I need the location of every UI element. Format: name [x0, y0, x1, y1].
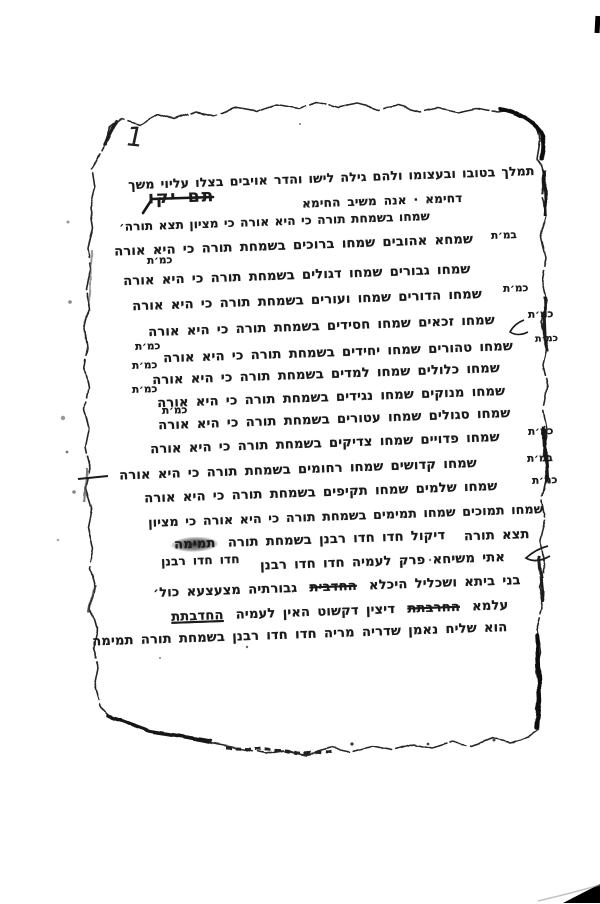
manuscript-line: שמחו קדושים שמחו רחומים בשמחת תורה כי הי… [119, 456, 477, 483]
corrected-word: החדבתת [171, 608, 224, 625]
refrain-segment: חדו חדו רבנן [161, 552, 240, 569]
scanned-manuscript-screenshot: { "colors": { "ink": "#1b1b1b", "backgro… [0, 0, 600, 904]
refrain-abbreviation: כמ׳ת [161, 404, 187, 417]
refrain-abbreviation: במ׳ת [527, 452, 553, 465]
manuscript-line: שמחו פדויים שמחו צדיקים בשמחת תורה כי הי… [150, 430, 500, 457]
line-text: גבורתיה מצעצעא כול׳ [153, 581, 298, 601]
manuscript-line: שמחו גבורים שמחו דגולים בשמחת תורה כי הי… [122, 262, 470, 289]
line-text: עלמא [472, 598, 509, 614]
refrain-abbreviation: כמ׳ת [527, 308, 553, 321]
manuscript-line: דחימא · אנה משיב החימא [301, 191, 462, 211]
struck-word: החדבית [310, 579, 358, 596]
struck-word: החרבתת [407, 600, 460, 617]
manuscript-line: שמחו זכאים שמחו חסידים בשמחת תורה כי היא… [148, 313, 495, 340]
manuscript-line: שמחו הדורים שמחו ועורים בשמחת תורה כי הי… [132, 287, 482, 314]
refrain-abbreviation: כמ׳ת [527, 425, 553, 438]
refrain-abbreviation: כמ׳ת [535, 333, 558, 345]
refrain-abbreviation: כמ׳ת [502, 282, 528, 295]
manuscript-line-segment: אתי משיחא פרק לעמיה חדו חדו רבנן [260, 550, 505, 574]
refrain-abbreviation: במ׳ת [491, 229, 517, 242]
line-text: בני ביתא ושכליל היכלא [369, 573, 521, 593]
refrain-abbreviation: כמ׳ת [131, 383, 157, 396]
line-text: דיקול חדו חדו רבנן בשמחת תורה [227, 528, 445, 551]
manuscript-line: שמחו כלולים שמחו למדים בשמחת תורה כי היא… [152, 361, 500, 388]
ink-blot-word: תמימה [171, 536, 219, 553]
manuscript-line-segment: דיקול חדו חדו רבנן בשמחת תורה תמימה [171, 528, 448, 553]
manuscript-line: שמחו תמוכים שמחו תמימים בשמחת תורה כי הי… [148, 501, 544, 530]
line-text: דיצין דקשוט האין לעמיה [235, 602, 395, 623]
refrain-abbreviation: כמ׳ת [146, 254, 172, 267]
refrain-abbreviation: כמ׳ת [134, 340, 160, 353]
manuscript-line-segment: תצא תורה [464, 527, 530, 544]
display-word: תם יקו [147, 186, 215, 208]
manuscript-line: שמחו שלמים שמחו תקיפים בשמחת תורה כי היא… [144, 479, 498, 506]
manuscript-line: הוא שליח נאמן שדריה מריה חדו חדו רבנן בש… [92, 620, 508, 649]
manuscript-line: שמחו בשמחת תורה כי היא אורה כי מציון תצא… [119, 209, 430, 234]
manuscript-line: בני ביתא ושכליל היכלא החדבית גבורתיה מצע… [151, 573, 523, 601]
refrain-abbreviation: כמ׳ת [131, 359, 157, 372]
folio-number: 1 [123, 121, 147, 153]
manuscript-line: שמחו סגולים שמחו עטורים בשמחת תורה כי הי… [158, 406, 511, 433]
manuscript-text-layer: 1 תמלך בטובו ובעצומו ולהם גילה לישו והדר… [0, 0, 600, 904]
refrain-abbreviation: כמ׳ת [531, 474, 557, 487]
